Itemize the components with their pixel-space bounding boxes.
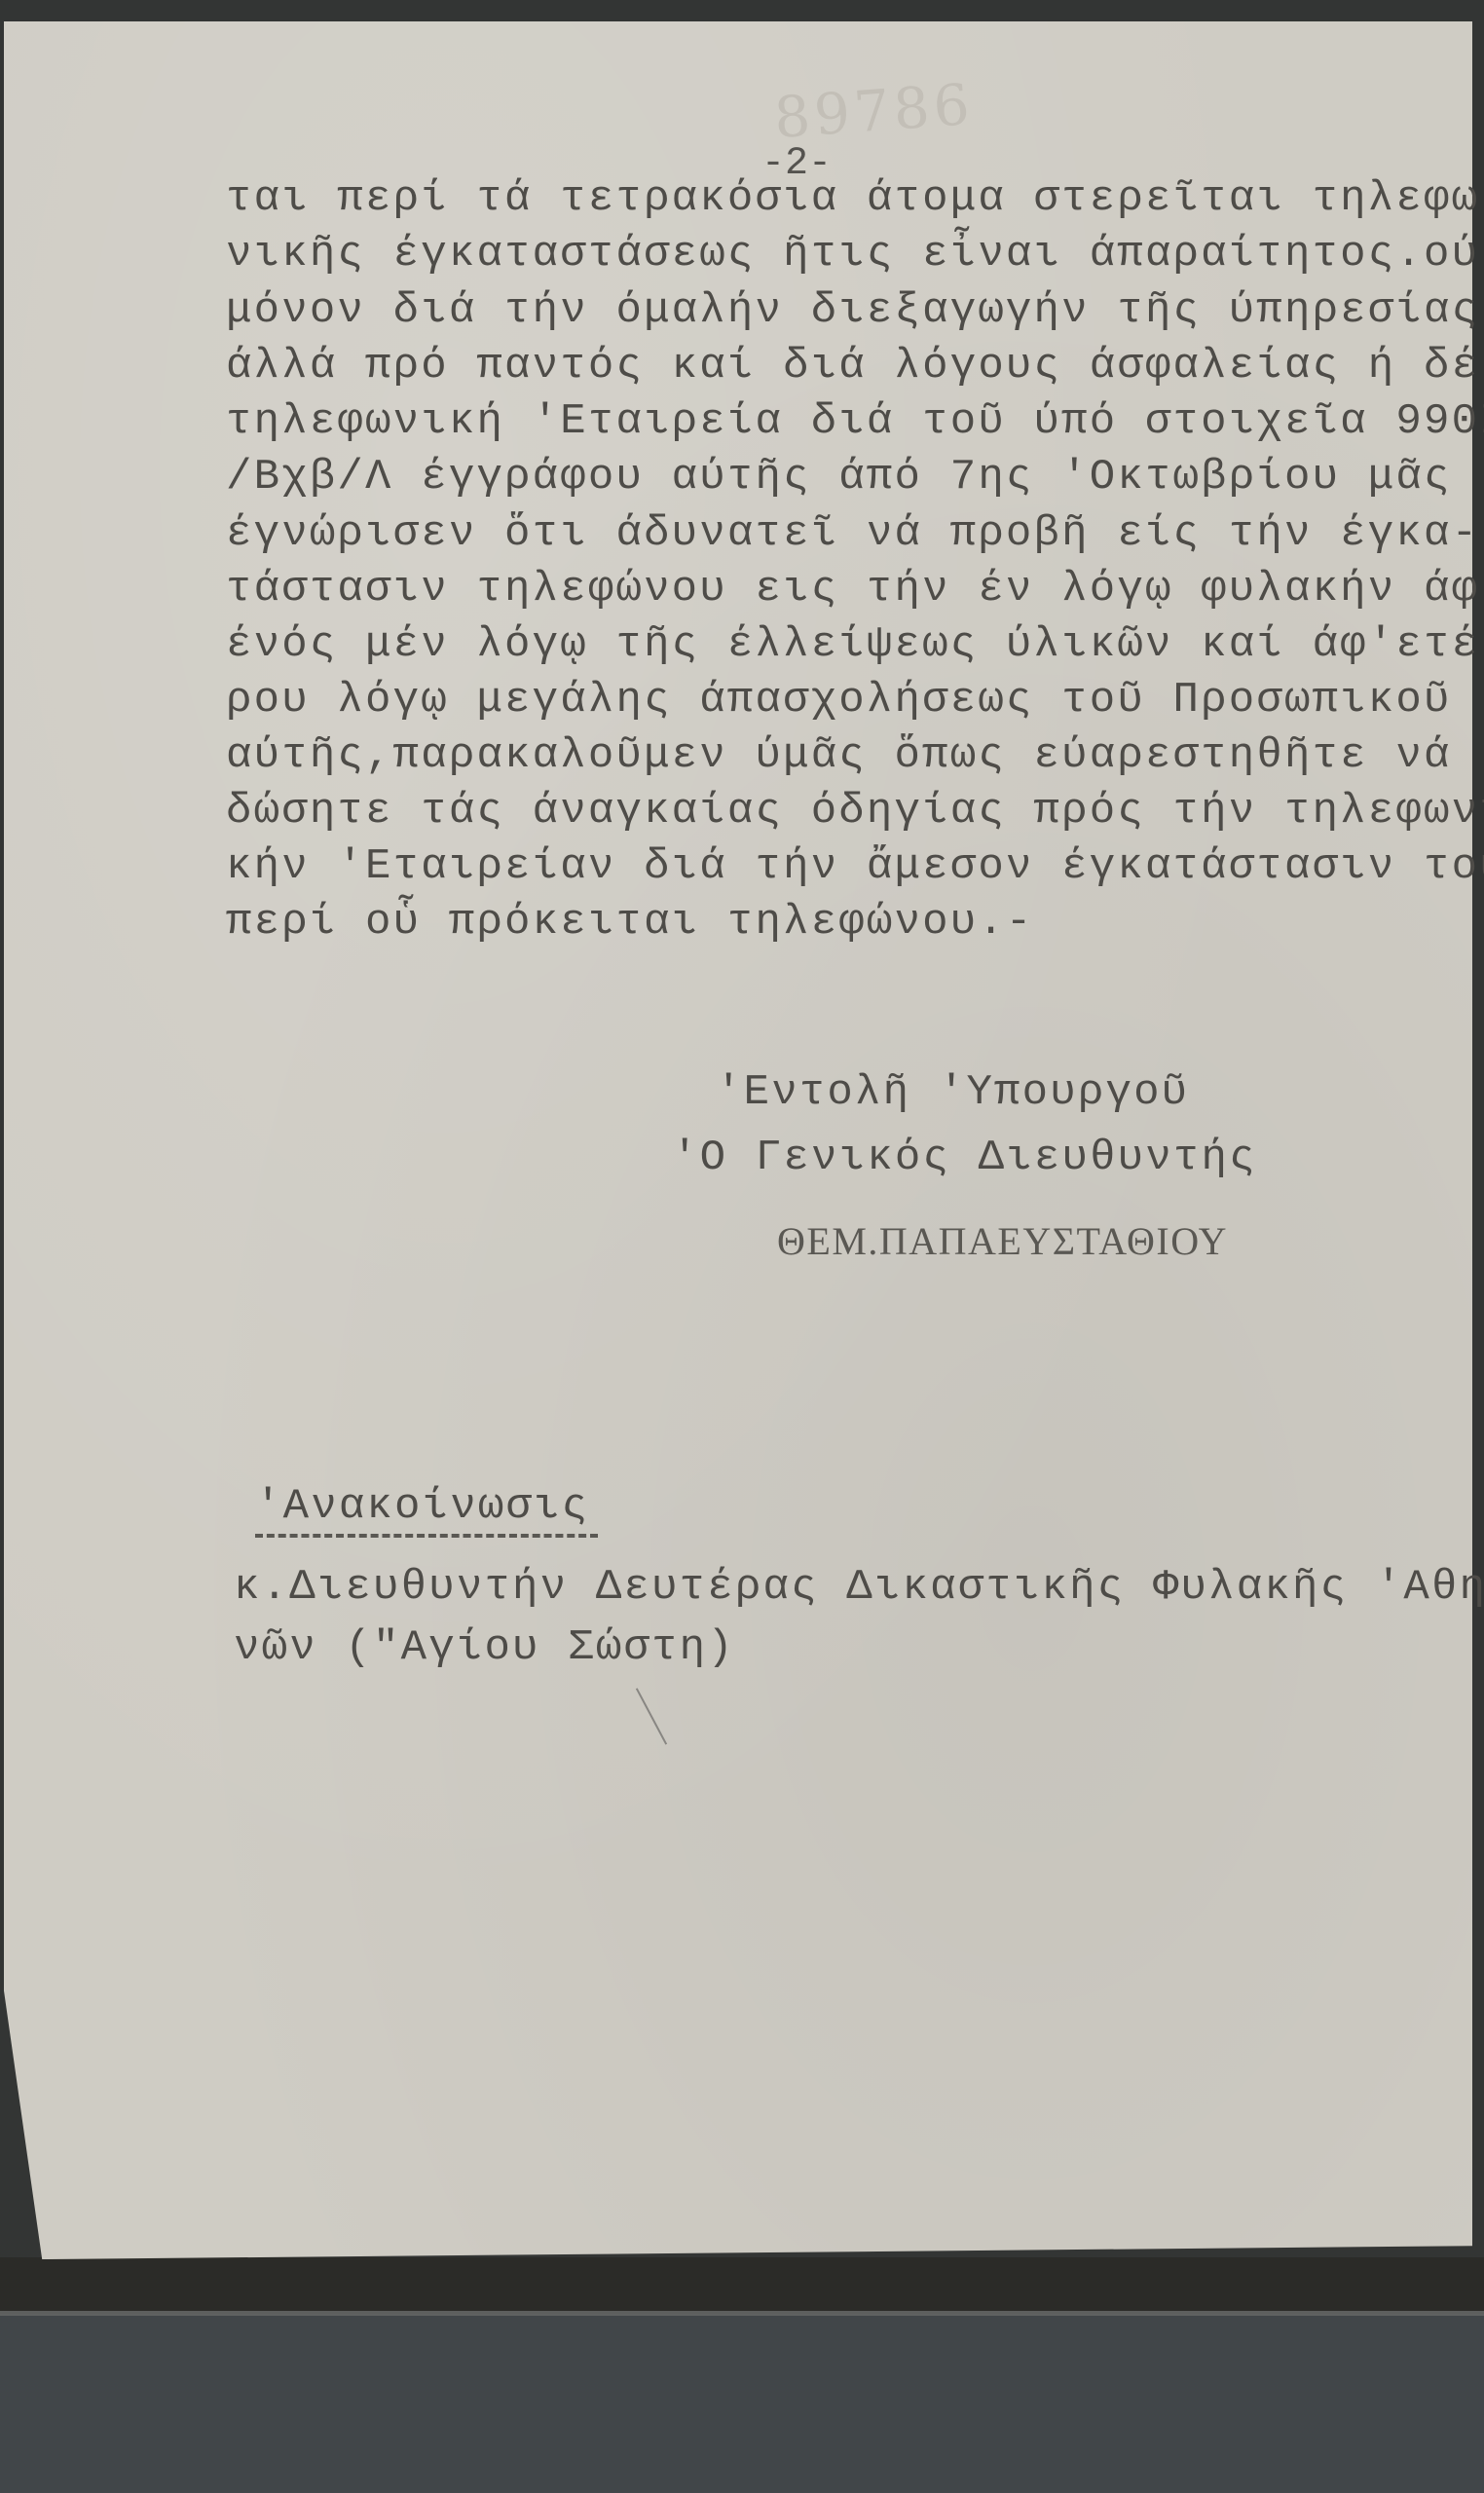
body-line: δώσητε τάς άναγκαίας όδηγίας πρός τήν τη… xyxy=(226,790,1484,833)
signature-name: ΘΕΜ.ΠΑΠΑΕΥΣΤΑΘΙΟΥ xyxy=(777,1222,1228,1261)
body-line: τάστασιν τηλεφώνου εις τήν έν λόγῳ φυλακ… xyxy=(226,568,1484,611)
body-line: τηλεφωνική 'Εταιρεία διά τοῦ ύπό στοιχεῖ… xyxy=(226,400,1484,443)
scan-lower-backdrop xyxy=(0,2316,1484,2493)
body-line: περί οὗ πρόκειται τηλεφώνου.- xyxy=(226,901,1034,944)
notification-line: κ.Διευθυντήν Δευτέρας Δικαστικῆς Φυλακῆς… xyxy=(234,1566,1484,1609)
body-line: έγνώρισεν ὅτι άδυνατεῖ νά προβῆ είς τήν … xyxy=(226,512,1479,555)
notification-heading: 'Ανακοίνωσις xyxy=(255,1485,589,1528)
body-line: μόνον διά τήν όμαλήν διεξαγωγήν τῆς ύπηρ… xyxy=(226,289,1479,332)
body-line: κήν 'Εταιρείαν διά τήν ἄμεσον έγκατάστασ… xyxy=(226,845,1484,888)
scan-dark-band xyxy=(0,2257,1484,2314)
body-line: άλλά πρό παντός καί διά λόγους άσφαλείας… xyxy=(226,345,1479,388)
heading-underline xyxy=(255,1534,598,1538)
body-line: /Βχβ/Λ έγγράφου αύτῆς άπό 7ης 'Οκτωβρίου… xyxy=(226,456,1452,499)
body-line: ται περί τά τετρακόσια άτομα στερεῖται τ… xyxy=(226,177,1484,220)
body-line: νικῆς έγκαταστάσεως ῆτις εἶναι άπαραίτητ… xyxy=(226,233,1479,276)
body-line: αύτῆς,παρακαλοῦμεν ύμᾶς ὅπως εύαρεστηθῆτ… xyxy=(226,734,1452,777)
body-line: ρου λόγῳ μεγάλης άπασχολήσεως τοῦ Προσωπ… xyxy=(226,679,1452,722)
signature-title: 'Ο Γενικός Διευθυντής xyxy=(672,1136,1257,1179)
pencil-archive-number: 89786 xyxy=(772,71,976,151)
body-line: ένός μέν λόγῳ τῆς έλλείψεως ύλικῶν καί ά… xyxy=(226,623,1484,666)
signature-authority: 'Εντολῆ 'Υπουργοῦ xyxy=(716,1071,1189,1114)
notification-line: νῶν ("Αγίου Σώστη) xyxy=(234,1626,735,1669)
